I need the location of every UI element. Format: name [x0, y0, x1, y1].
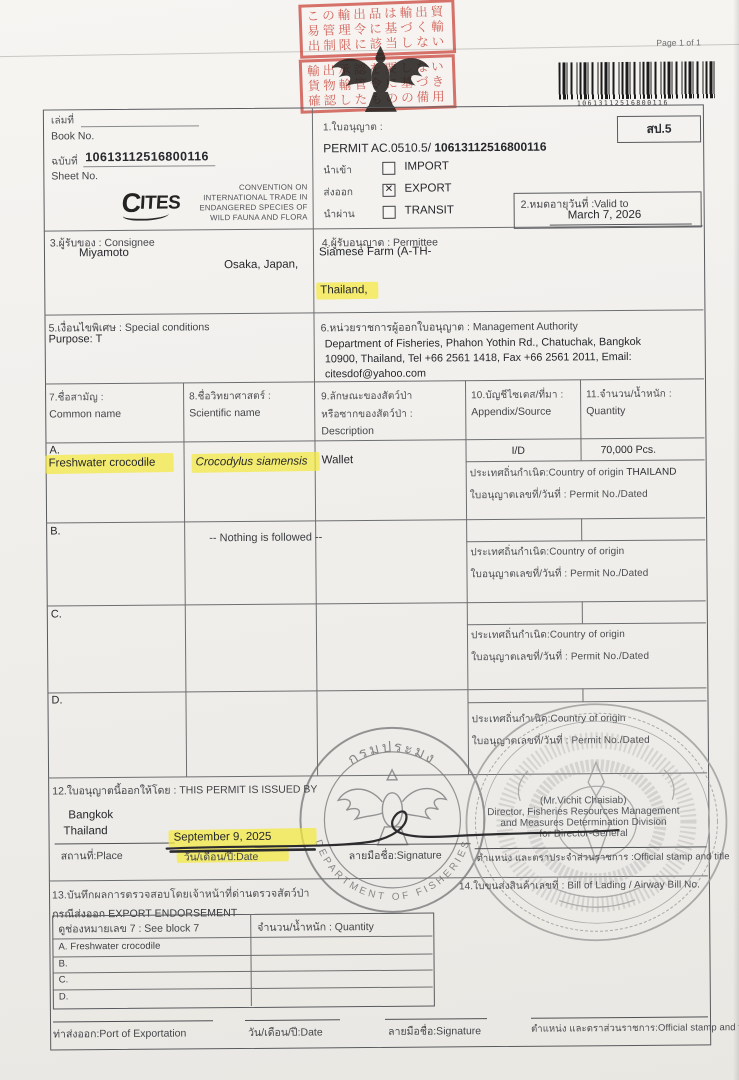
validity-date: March 7, 2026 — [568, 209, 642, 222]
cites-caption: CONVENTION ON INTERNATIONAL TRADE IN END… — [189, 182, 307, 223]
authority-line2: 10900, Thailand, Tel +66 2561 1418, Fax … — [325, 351, 632, 365]
row-c-origin-label: ประเทศถิ่นกำเนิด:Country of origin — [471, 627, 625, 643]
port-of-exportation-label: ท่าส่งออก:Port of Exportation — [53, 1024, 186, 1042]
export-checkmark: ✕ — [385, 184, 393, 195]
transit-label-en: TRANSIT — [405, 204, 454, 216]
endorsement-row-b: B. — [59, 958, 68, 969]
row-a-appendix-source: I/D — [511, 445, 525, 457]
scan-tilt-wrapper: この輸出品は輸出貿 易管理令に基づく輸 出制限に該当しない 輸出承認を要しない … — [0, 0, 739, 1080]
permit-prefix: PERMIT AC.0510.5/ — [323, 141, 431, 156]
authority-label: 6.หน่วยราชการผู้ออกใบอนุญาต : Management… — [321, 317, 578, 336]
footer-stamp-label: ตำแหน่ง และตราส่วนราชการ:Official stamp … — [531, 1020, 739, 1037]
import-label-en: IMPORT — [404, 160, 449, 172]
sheet-no-label-en: Sheet No. — [51, 170, 98, 182]
purpose-value: Purpose: T — [49, 333, 103, 345]
footer-signature-label: ลายมือชื่อ:Signature — [388, 1022, 481, 1040]
endorsement-row-c: C. — [59, 974, 69, 985]
transit-checkbox — [383, 206, 396, 219]
cites-caption-line: WILD FAUNA AND FLORA — [190, 212, 308, 223]
header-quantity-en: Quantity — [586, 405, 625, 417]
sheet-no-value: 10613112516800116 — [85, 149, 209, 164]
grid-line — [582, 601, 583, 623]
header-description-en: Description — [321, 425, 374, 437]
bill-of-lading-label: 14.ใบขนส่งสินค้าเลขที่ : Bill of Lading … — [459, 877, 700, 894]
nothing-followed-note: -- Nothing is followed -- — [209, 531, 322, 544]
endorsement-label-thai: 13.บันทึกผลการตรวจสอบโดยเจ้าหน้าที่ด่านต… — [52, 884, 310, 903]
header-scientific-thai: 8.ชื่อวิทยาศาสตร์ : — [189, 389, 271, 405]
place-label: สถานที่:Place — [61, 847, 123, 864]
endorsement-row-d: D. — [59, 991, 69, 1002]
export-label-thai: ส่งออก — [323, 185, 353, 200]
issue-place-city: Bangkok — [68, 809, 113, 821]
row-a-scientific-name: Crocodylus siamensis — [196, 456, 308, 469]
row-d-letter: D. — [51, 694, 62, 706]
export-checkbox: ✕ — [382, 184, 395, 197]
footer-date-label: วัน/เดือน/ปี:Date — [248, 1023, 323, 1041]
permittee-country: Thailand, — [320, 284, 367, 296]
seal-text-thai: กรมประมง — [345, 738, 440, 768]
row-a-origin-value: THAILAND — [626, 467, 676, 478]
row-a-description: Wallet — [322, 454, 354, 466]
authority-line1: Department of Fisheries, Phahon Yothin R… — [325, 336, 641, 350]
header-description-thai2: หรือซากของสัตว์ป่า : — [321, 407, 413, 423]
row-a-quantity: 70,000 Pcs. — [600, 444, 656, 456]
transit-label-thai: นำผ่าน — [324, 207, 355, 222]
export-label-en: EXPORT — [404, 182, 451, 194]
permit-number-line: PERMIT AC.0510.5/ 10613112516800116 — [323, 140, 546, 156]
header-quantity-thai: 11.จำนวน/น้ำหนัก : — [586, 387, 672, 403]
row-c-permit-no-label: ใบอนุญาตเลขที่/วันที่ : Permit No./Dated — [471, 649, 649, 665]
signature-stroke — [146, 793, 647, 867]
header-description-thai1: 9.ลักษณะของสัตว์ป่า — [321, 389, 412, 405]
row-a-common-name: Freshwater crocodile — [49, 457, 156, 470]
form-code-text: สป.5 — [646, 122, 671, 136]
quantity-header: จำนวน/น้ำหนัก : Quantity — [257, 918, 374, 936]
svg-text:กรมประมง: กรมประมง — [345, 738, 440, 768]
origin-label: ประเทศถิ่นกำเนิด:Country of origin — [470, 467, 624, 479]
see-block-header: ดูช่องหมายเลข 7 : See block 7 — [58, 919, 199, 937]
header-common-thai: 7.ชื่อสามัญ : — [49, 390, 104, 405]
row-b-letter: B. — [50, 525, 61, 537]
import-label-thai: นำเข้า — [323, 163, 352, 178]
row-b-origin-label: ประเทศถิ่นกำเนิด:Country of origin — [470, 544, 624, 560]
consignee-name: Miyamoto — [79, 247, 129, 259]
book-no-label-en: Book No. — [51, 130, 94, 142]
issue-place-country: Thailand — [63, 825, 107, 837]
form-code-badge: สป.5 — [617, 115, 701, 143]
permittee-name: Siamese Farm (A-TH- — [319, 246, 432, 259]
grid-line — [581, 518, 582, 540]
cites-logo: CITES — [121, 187, 182, 218]
header-scientific-en: Scientific name — [189, 407, 260, 420]
book-no-label-thai: เล่มที่ — [51, 113, 74, 128]
barcode — [558, 61, 714, 99]
import-checkbox — [382, 162, 395, 175]
scanned-permit-sheet: この輸出品は輸出貿 易管理令に基づく輸 出制限に該当しない 輸出承認を要しない … — [0, 0, 739, 1080]
header-appendix-en: Appendix/Source — [471, 406, 551, 419]
row-b-permit-no-label: ใบอนุญาตเลขที่/วันที่ : Permit No./Dated — [470, 566, 648, 582]
permit-number: 10613112516800116 — [434, 140, 546, 155]
row-c-letter: C. — [51, 608, 62, 620]
header-appendix-thai: 10.บัญชีไซเตส/ที่มา : — [471, 387, 563, 403]
sheet-no-label-thai: ฉบับที่ — [51, 154, 78, 169]
authority-line3: citesdof@yahoo.com — [325, 368, 426, 381]
permit-label: 1.ใบอนุญาต : — [323, 120, 383, 135]
consignee-address: Osaka, Japan, — [224, 259, 298, 272]
row-a-origin: ประเทศถิ่นกำเนิด:Country of origin THAIL… — [470, 465, 677, 482]
header-common-en: Common name — [49, 408, 121, 421]
garuda-emblem-icon — [323, 43, 438, 114]
page-number-label: Page 1 of 1 — [656, 37, 701, 47]
endorsement-row-a: A. Freshwater crocodile — [58, 941, 160, 953]
row-a-permit-no-label: ใบอนุญาตเลขที่/วันที่ : Permit No./Dated — [470, 487, 648, 503]
